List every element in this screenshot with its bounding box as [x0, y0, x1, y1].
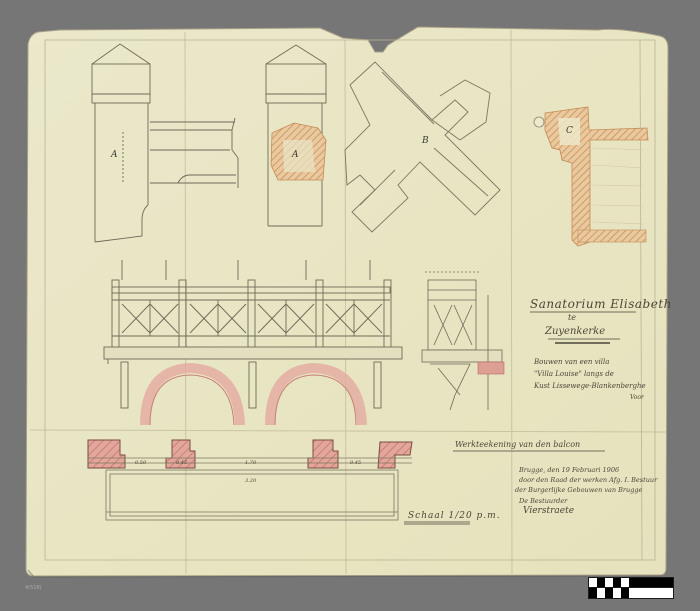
signature-line-1: Brugge, den 19 Februari 1906	[519, 466, 619, 474]
dim-plan-pier: 0.45	[176, 460, 187, 466]
dim-plan-right: 0.45	[350, 460, 361, 466]
label-detail-c: C	[566, 126, 573, 136]
signature: Vierstraete	[523, 506, 574, 516]
color-scale-bar	[588, 577, 674, 599]
dim-plan-total: 3.20	[245, 478, 257, 484]
scale-label: Schaal 1/20 p.m.	[408, 511, 501, 521]
dim-plan-center: 1.70	[245, 460, 257, 466]
side-section-brick	[478, 362, 504, 374]
title-sub-text: te	[568, 313, 576, 322]
label-detail-a-elevation: A	[111, 150, 118, 160]
label-detail-a-section: A	[292, 150, 299, 160]
description-line-4: Voor	[630, 394, 644, 401]
description-line-3: Kust Lissewege-Blankenberghe	[534, 382, 646, 390]
label-detail-b: B	[422, 136, 429, 146]
signature-line-3: der Burgerlijke Gebouwen van Brugge	[515, 486, 642, 494]
accession-number: 4(518)	[25, 585, 42, 591]
drawing-subtitle: Werkteekening van den balcon	[455, 440, 580, 449]
dim-plan-left: 0.50	[135, 460, 147, 466]
description-line-1: Bouwen van een villa	[534, 358, 609, 366]
description-line-2: "Villa Louise" langs de	[534, 370, 614, 378]
title-place-text: Zuyenkerke	[545, 326, 605, 337]
signature-line-2: door den Raad der werken Afg. I. Bestuur	[519, 476, 657, 484]
title-text: Sanatorium Elisabeth	[530, 297, 672, 311]
scanned-drawing: 0.50 0.45 1.70 0.45 3.20 A A B C Sanator…	[0, 0, 700, 611]
signature-line-4: De Bestuurder	[519, 497, 567, 505]
